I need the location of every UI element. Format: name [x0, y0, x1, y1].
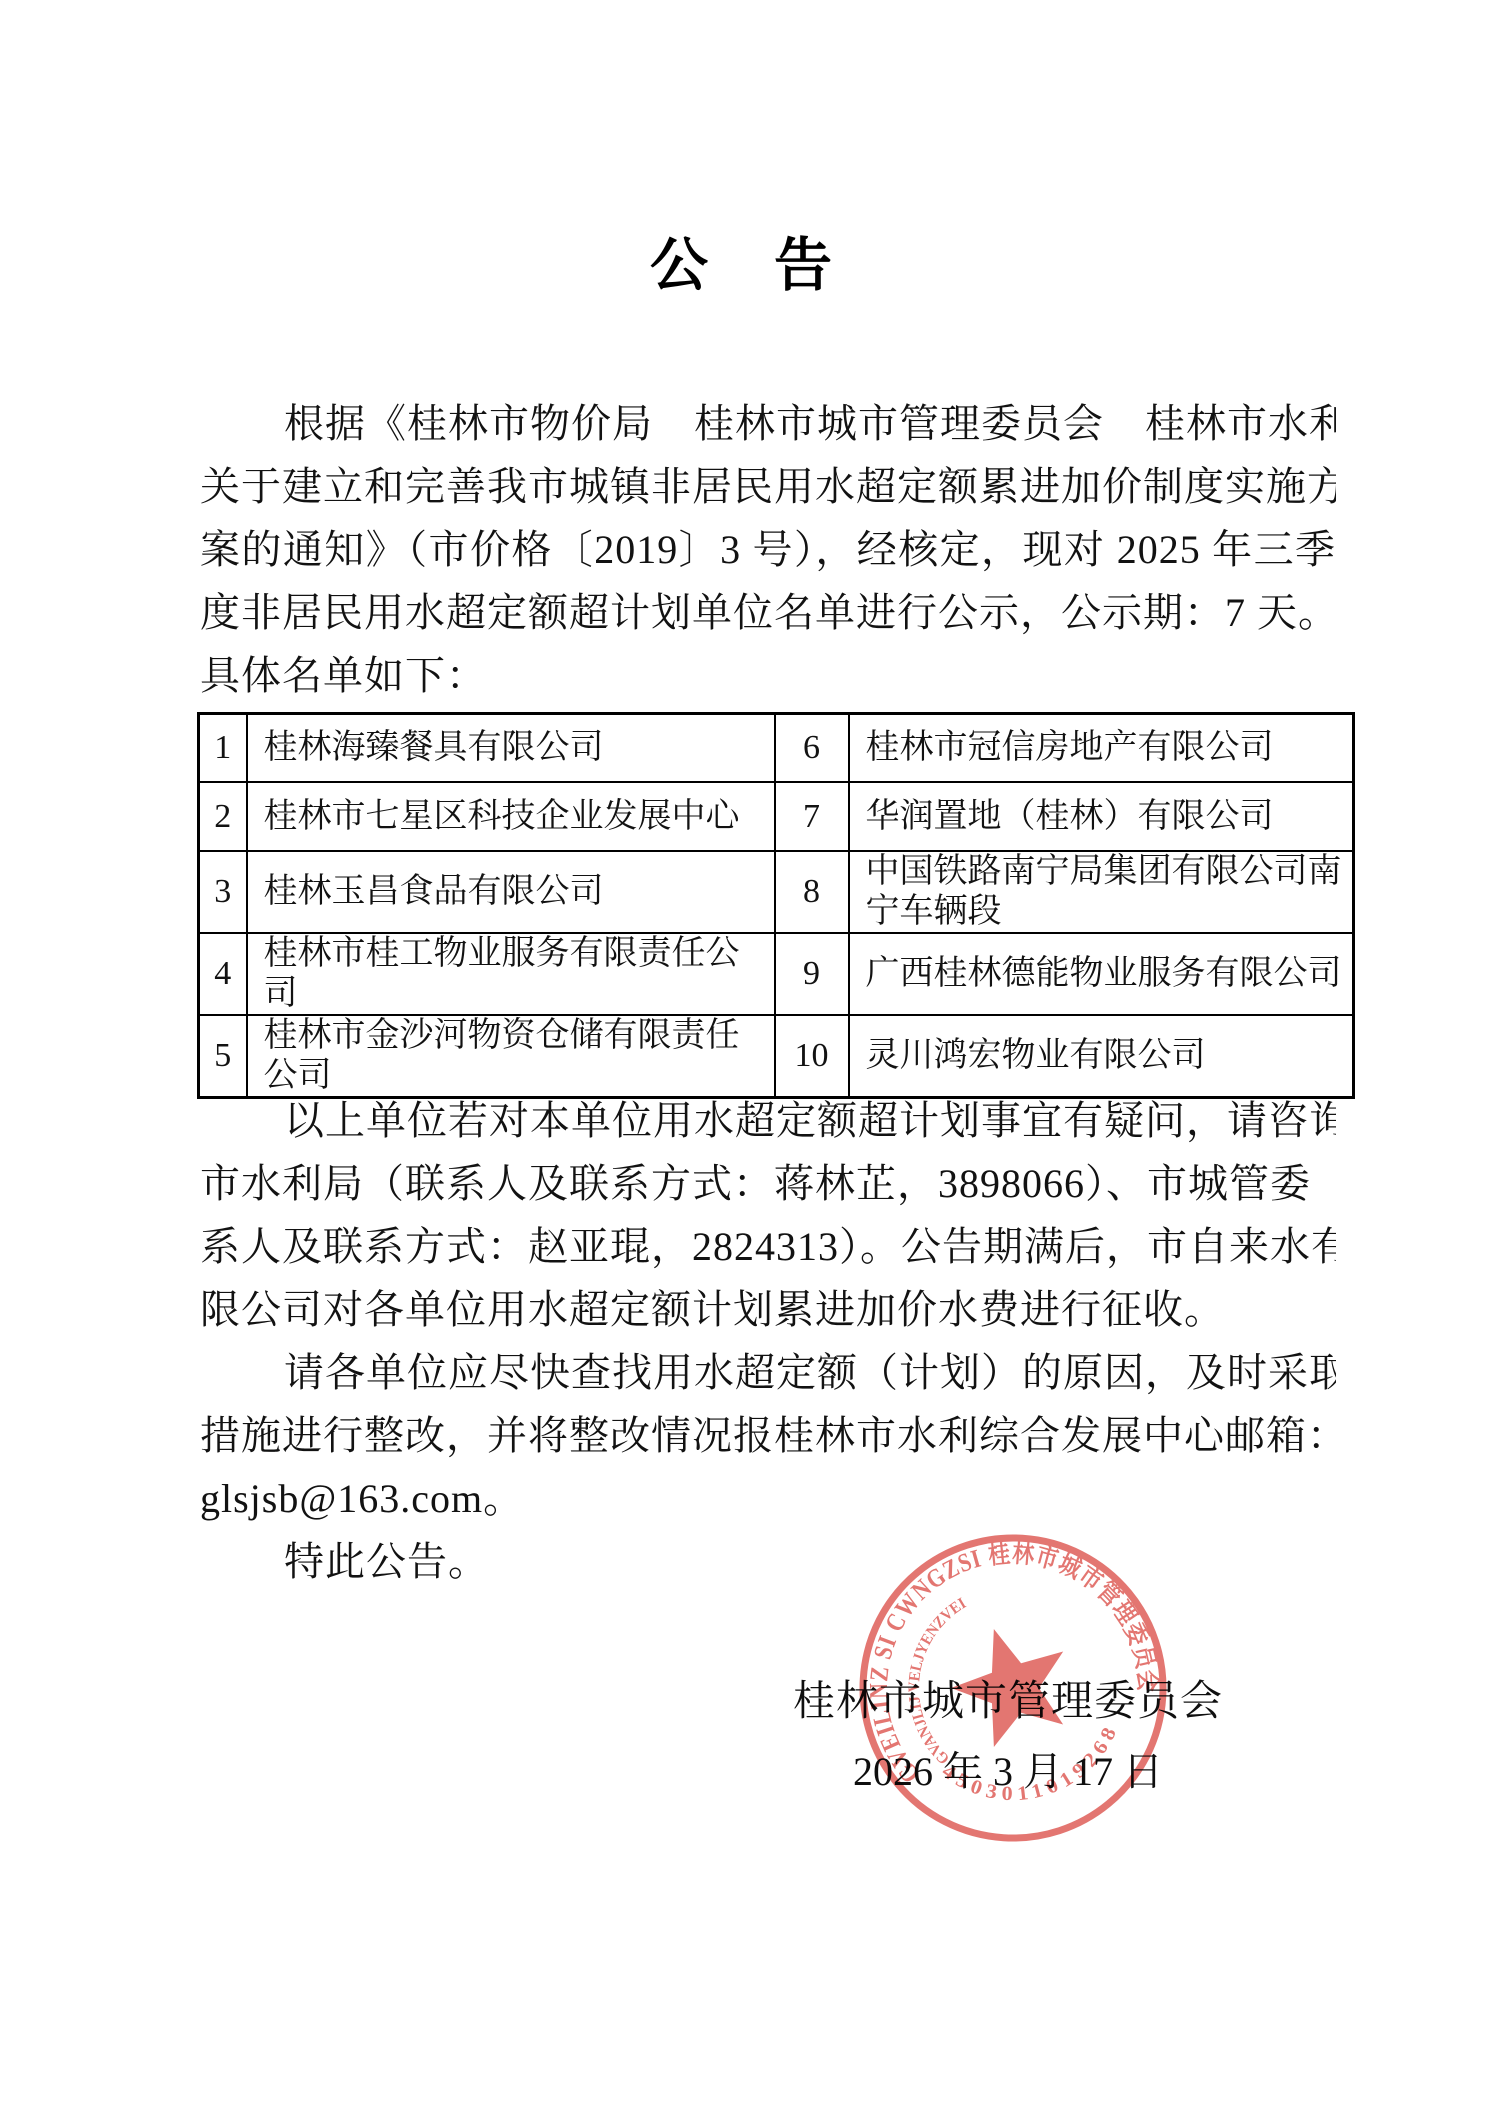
closing-line: 特此公告。	[200, 1530, 1336, 1593]
email-line: glsjsb@163.com。	[200, 1467, 1336, 1530]
company-name-cell: 桂林玉昌食品有限公司	[247, 851, 775, 933]
table-row: 2 桂林市七星区科技企业发展中心 7 华润置地（桂林）有限公司	[199, 782, 1354, 851]
signature-date: 2026 年 3 月 17 日	[790, 1750, 1226, 1794]
row-number-cell: 10	[775, 1015, 849, 1098]
company-name-cell: 桂林市冠信房地产有限公司	[849, 714, 1354, 783]
paragraph-line: 市水利局（联系人及联系方式：蒋林芷，3898066）、市城管委（联	[200, 1152, 1336, 1215]
inquiry-paragraph: 以上单位若对本单位用水超定额超计划事宜有疑问，请咨询 市水利局（联系人及联系方式…	[200, 1089, 1336, 1341]
table-row: 4 桂林市桂工物业服务有限责任公司 9 广西桂林德能物业服务有限公司	[199, 933, 1354, 1015]
paragraph-line: 以上单位若对本单位用水超定额超计划事宜有疑问，请咨询	[200, 1089, 1336, 1152]
rectification-paragraph: 请各单位应尽快查找用水超定额（计划）的原因，及时采取 措施进行整改，并将整改情况…	[200, 1341, 1336, 1530]
row-number-cell: 4	[199, 933, 247, 1015]
table-row: 3 桂林玉昌食品有限公司 8 中国铁路南宁局集团有限公司南宁车辆段	[199, 851, 1354, 933]
table-row: 5 桂林市金沙河物资仓储有限责任公司 10 灵川鸿宏物业有限公司	[199, 1015, 1354, 1098]
paragraph-line: 关于建立和完善我市城镇非居民用水超定额累进加价制度实施方	[200, 455, 1336, 518]
company-name-cell: 桂林市金沙河物资仓储有限责任公司	[247, 1015, 775, 1098]
paragraph-line: 度非居民用水超定额超计划单位名单进行公示，公示期：7 天。	[200, 581, 1336, 644]
company-name-cell: 中国铁路南宁局集团有限公司南宁车辆段	[849, 851, 1354, 933]
closing-paragraph: 特此公告。	[200, 1530, 1336, 1593]
paragraph-line: 系人及联系方式：赵亚琨，2824313）。公告期满后，市自来水有	[200, 1215, 1336, 1278]
intro-paragraph: 根据《桂林市物价局 桂林市城市管理委员会 桂林市水利局 关于建立和完善我市城镇非…	[200, 392, 1336, 707]
row-number-cell: 9	[775, 933, 849, 1015]
table-row: 1 桂林海臻餐具有限公司 6 桂林市冠信房地产有限公司	[199, 714, 1354, 783]
paragraph-line: 具体名单如下：	[200, 644, 1336, 707]
paragraph-line: 请各单位应尽快查找用水超定额（计划）的原因，及时采取	[200, 1341, 1336, 1404]
page-title: 公 告	[0, 234, 1486, 298]
row-number-cell: 8	[775, 851, 849, 933]
signature-org: 桂林市城市管理委员会	[790, 1678, 1226, 1726]
company-name-cell: 桂林市桂工物业服务有限责任公司	[247, 933, 775, 1015]
signature-block: 桂林市城市管理委员会 2026 年 3 月 17 日	[790, 1678, 1226, 1794]
company-name-cell: 桂林市七星区科技企业发展中心	[247, 782, 775, 851]
company-name-cell: 灵川鸿宏物业有限公司	[849, 1015, 1354, 1098]
row-number-cell: 5	[199, 1015, 247, 1098]
row-number-cell: 7	[775, 782, 849, 851]
companies-table: 1 桂林海臻餐具有限公司 6 桂林市冠信房地产有限公司 2 桂林市七星区科技企业…	[197, 712, 1355, 1099]
paragraph-line: 限公司对各单位用水超定额计划累进加价水费进行征收。	[200, 1278, 1336, 1341]
company-name-cell: 华润置地（桂林）有限公司	[849, 782, 1354, 851]
row-number-cell: 2	[199, 782, 247, 851]
announcement-page: 公 告 根据《桂林市物价局 桂林市城市管理委员会 桂林市水利局 关于建立和完善我…	[0, 0, 1486, 2103]
row-number-cell: 6	[775, 714, 849, 783]
paragraph-line: 措施进行整改，并将整改情况报桂林市水利综合发展中心邮箱：	[200, 1404, 1336, 1467]
paragraph-line: 案的通知》（市价格〔2019〕3 号），经核定，现对 2025 年三季	[200, 518, 1336, 581]
company-name-cell: 广西桂林德能物业服务有限公司	[849, 933, 1354, 1015]
row-number-cell: 1	[199, 714, 247, 783]
row-number-cell: 3	[199, 851, 247, 933]
company-name-cell: 桂林海臻餐具有限公司	[247, 714, 775, 783]
paragraph-line: 根据《桂林市物价局 桂林市城市管理委员会 桂林市水利局	[200, 392, 1336, 455]
